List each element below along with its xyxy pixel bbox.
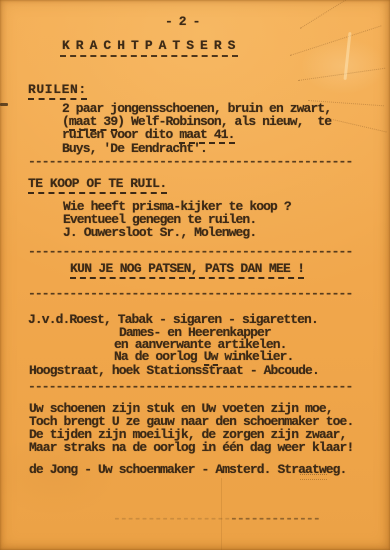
paper-scratch bbox=[300, 0, 370, 29]
section-divider: ----------------------------------------… bbox=[28, 155, 352, 168]
margin-pencil-mark bbox=[0, 103, 8, 106]
ad-text-line: J. Ouwersloot Sr., Molenweg. bbox=[63, 226, 256, 239]
page-number: - 2 - bbox=[165, 15, 200, 28]
slogan-line: KUN JE NOG PATSEN, PATS DAN MEE ! bbox=[70, 262, 304, 279]
text-segment: winkelier. bbox=[218, 349, 294, 364]
faded-dot-marks bbox=[300, 474, 327, 480]
ad-text-line: Maar straks na de oorlog in één dag weer… bbox=[29, 441, 353, 454]
section-divider: ----------------------------------------… bbox=[28, 380, 352, 393]
ad-text-line: Hoogstraat, hoek Stationsstraat - Abcoud… bbox=[29, 364, 319, 377]
faded-bottom-divider: ------------- bbox=[230, 512, 320, 525]
scanned-newsletter-page: - 2 - K R A C H T P A T S E R S RUILEN: … bbox=[0, 0, 390, 550]
section-divider: ----------------------------------------… bbox=[28, 245, 352, 258]
section-divider: ----------------------------------------… bbox=[28, 287, 352, 300]
section-heading-ruilen: RUILEN: bbox=[28, 83, 87, 100]
title-underline bbox=[60, 55, 238, 57]
newsletter-title: K R A C H T P A T S E R S bbox=[62, 39, 235, 52]
ad-text-line: ruilen voor dito maat 41. bbox=[62, 128, 235, 141]
paper-scratch bbox=[290, 25, 382, 56]
ad-text-line: Na de oorlog Uw winkelier. bbox=[114, 350, 293, 363]
section-heading-tekoop: TE KOOP OF TE RUIL. bbox=[28, 177, 167, 194]
text-segment: Na de oorlog bbox=[114, 349, 204, 364]
text-segment: ruilen voor dito bbox=[62, 127, 179, 142]
paper-scratch bbox=[328, 118, 387, 132]
paper-scratch bbox=[298, 68, 385, 81]
faded-bottom-divider: ----------------- bbox=[113, 512, 230, 525]
ad-text-line: de Jong - Uw schoenmaker - Amsterd. Stra… bbox=[29, 463, 346, 476]
